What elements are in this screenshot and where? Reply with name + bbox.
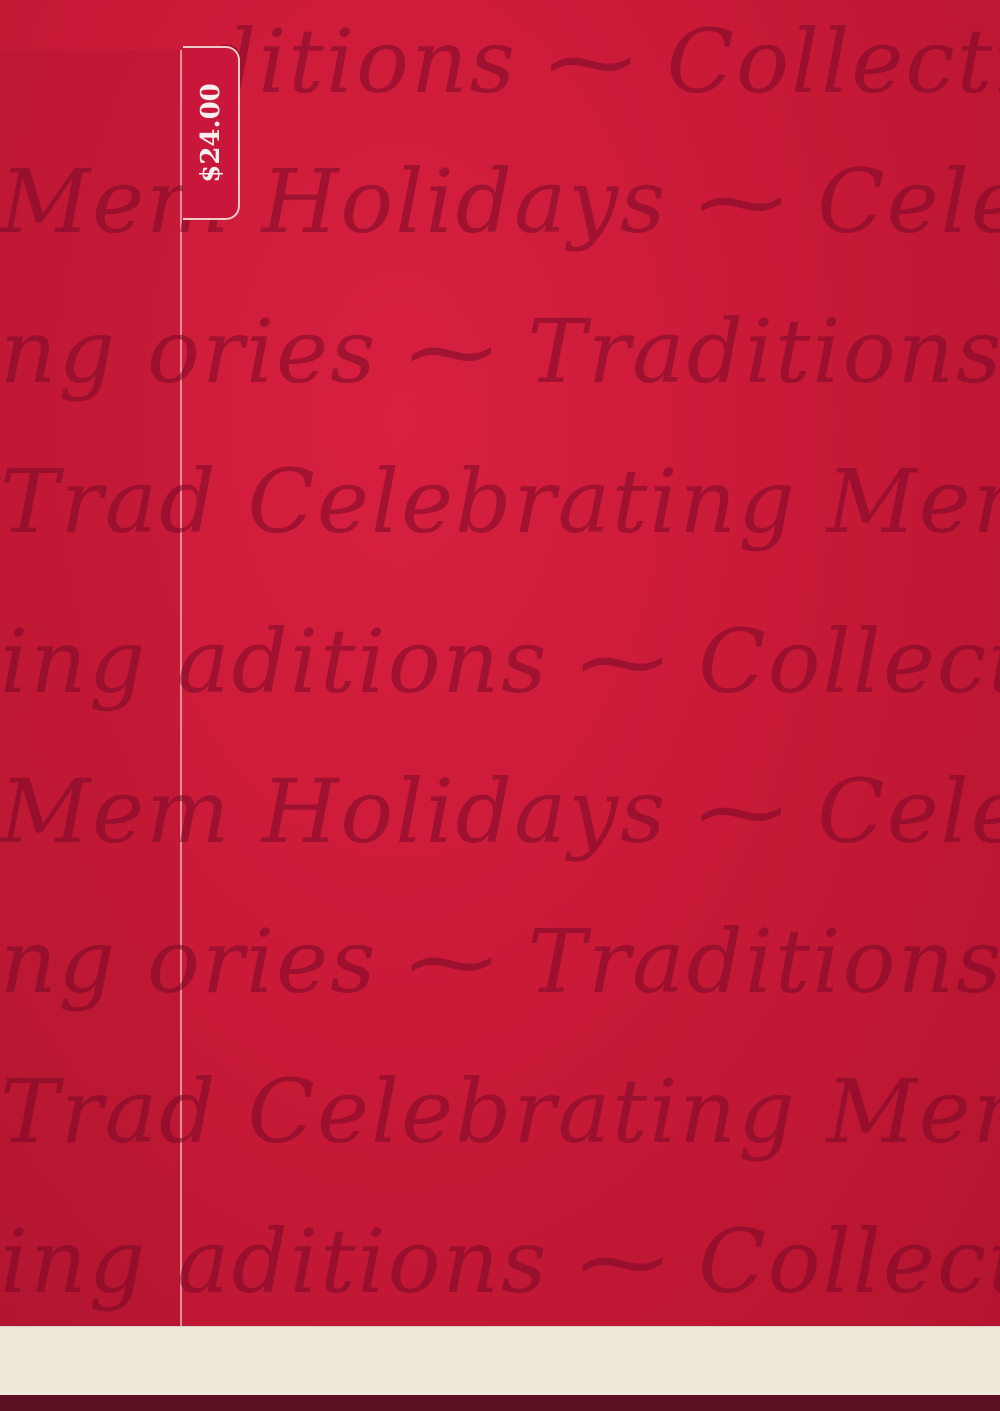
price-label: $24.00 <box>196 83 226 183</box>
script-text: ing aditions ⁓ Collecting <box>0 1210 1000 1313</box>
script-text: Trad Celebrating Mem <box>0 1060 1000 1163</box>
script-text: ing aditions ⁓ Collecting <box>0 610 1000 713</box>
script-text: ditions ⁓ Collecting <box>200 10 1000 113</box>
script-text: Mem Holidays ⁓ Celeb <box>0 760 1000 863</box>
script-text: ng ories ⁓ Traditions <box>0 300 1000 403</box>
price-tag: $24.00 <box>183 46 240 220</box>
red-gift-box: ditions ⁓ Collecting Mem Holidays ⁓ Cele… <box>0 0 1000 1395</box>
script-text: Trad Celebrating Mem <box>0 450 1000 553</box>
box-bottom-edge <box>0 1326 1000 1395</box>
script-text: Mem Holidays ⁓ Celebr <box>0 150 1000 253</box>
script-text: ng ories ⁓ Traditions <box>0 910 1000 1013</box>
